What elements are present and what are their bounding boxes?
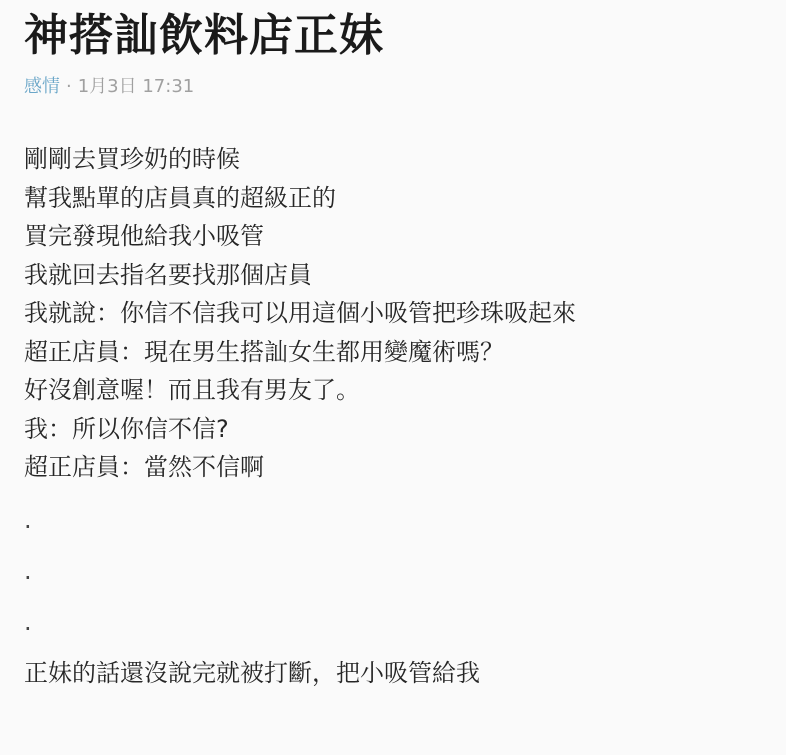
post-line: 我就回去指名要找那個店員 [24,256,766,295]
post-line: 幫我點單的店員真的超級正的 [24,179,766,218]
post-line-clipped: 正妹的話還沒說完就被打斷，把小吸管給我 [24,654,766,693]
post-line: 剛剛去買珍奶的時候 [24,140,766,179]
post-datetime: 1月3日 17:31 [78,76,195,97]
post-line: 買完發現他給我小吸管 [24,217,766,256]
ellipsis-dot: . [24,495,766,546]
meta-separator: · [66,76,72,97]
post-category-link[interactable]: 感情 [24,76,60,97]
post-line: 超正店員：現在男生搭訕女生都用變魔術嗎？ [24,333,766,372]
post-line: 我：所以你信不信? [24,410,766,449]
post-line: 我就說：你信不信我可以用這個小吸管把珍珠吸起來 [24,294,766,333]
post-line: 超正店員：當然不信啊 [24,448,766,487]
post-container: 神搭訕飲料店正妹 感情·1月3日 17:31 剛剛去買珍奶的時候 幫我點單的店員… [0,0,786,755]
ellipsis-dot: . [24,546,766,597]
post-title: 神搭訕飲料店正妹 [24,8,384,64]
post-meta: 感情·1月3日 17:31 [24,74,194,100]
ellipsis-dot: . [24,597,766,648]
post-line: 好沒創意喔！而且我有男友了。 [24,371,766,410]
post-body: 剛剛去買珍奶的時候 幫我點單的店員真的超級正的 買完發現他給我小吸管 我就回去指… [24,140,766,692]
